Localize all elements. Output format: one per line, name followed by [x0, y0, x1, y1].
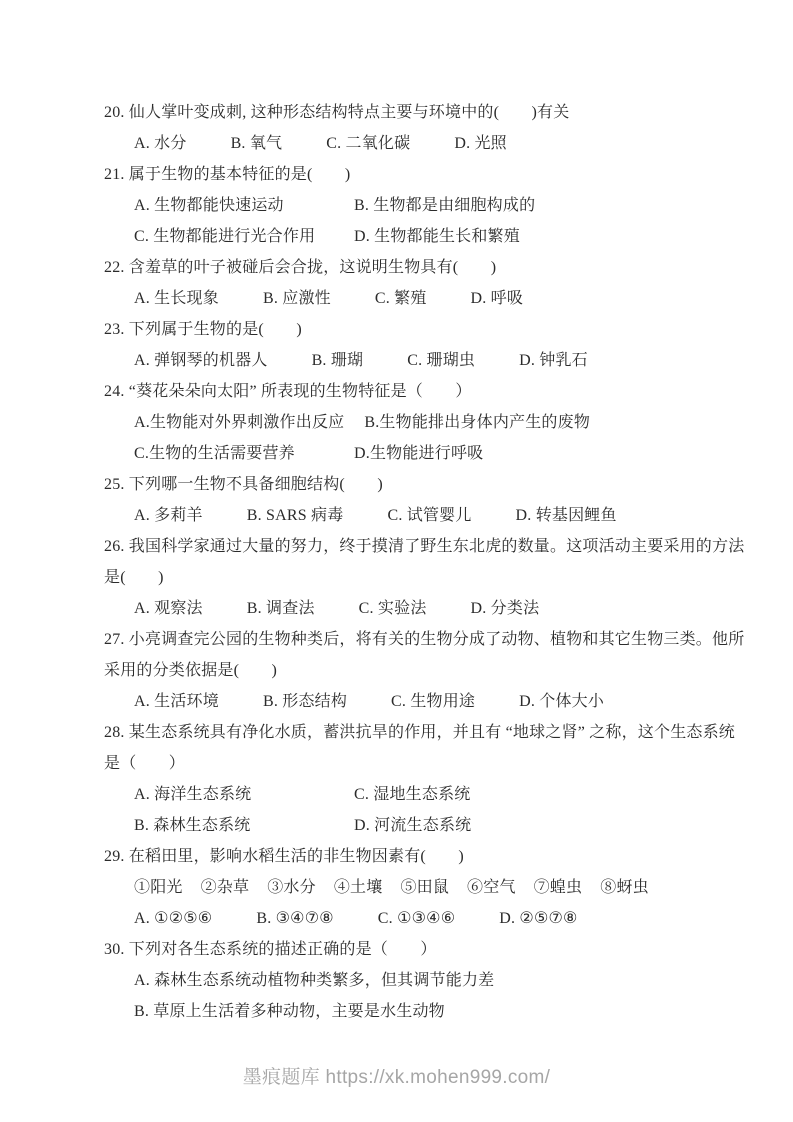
option-cell: D.生物能进行呼吸: [354, 438, 483, 469]
factor-item: ⑦蝗虫: [534, 872, 583, 903]
option-cell: B. ③④⑦⑧: [256, 903, 333, 934]
option-cell: A. ①②⑤⑥: [134, 903, 212, 934]
option-cell: D. 河流生态系统: [354, 810, 471, 841]
question-text: 20. 仙人掌叶变成刺, 这种形态结构特点主要与环境中的( )有关: [104, 97, 733, 128]
question-text: 26. 我国科学家通过大量的努力，终于摸清了野生东北虎的数量。这项活动主要采用的…: [104, 531, 733, 562]
question-block-26: 26. 我国科学家通过大量的努力，终于摸清了野生东北虎的数量。这项活动主要采用的…: [104, 531, 733, 624]
options-row: A. 海洋生态系统C. 湿地生态系统: [104, 779, 733, 810]
option-cell: C. 珊瑚虫: [407, 345, 475, 376]
question-text: 是( ): [104, 562, 733, 593]
question-text: 27. 小亮调查完公园的生物种类后，将有关的生物分成了动物、植物和其它生物三类。…: [104, 624, 733, 655]
question-block-27: 27. 小亮调查完公园的生物种类后，将有关的生物分成了动物、植物和其它生物三类。…: [104, 624, 733, 717]
option-cell: B. 森林生态系统: [134, 810, 334, 841]
footer-text: 墨痕题库 https://xk.mohen999.com/: [243, 1067, 551, 1088]
factor-item: ①阳光: [134, 872, 183, 903]
option-cell: B. 调查法: [247, 593, 315, 624]
options-row: B. 森林生态系统D. 河流生态系统: [104, 810, 733, 841]
question-text: 22. 含羞草的叶子被碰后会合拢，这说明生物具有( ): [104, 252, 733, 283]
question-block-20: 20. 仙人掌叶变成刺, 这种形态结构特点主要与环境中的( )有关A. 水分B.…: [104, 97, 733, 159]
option-cell: A. 观察法: [134, 593, 203, 624]
factors-row: ①阳光②杂草③水分④土壤⑤田鼠⑥空气⑦蝗虫⑧蚜虫: [104, 872, 733, 903]
option-cell: C. 生物用途: [391, 686, 475, 717]
option-cell: D. 个体大小: [519, 686, 604, 717]
question-text: 24. “葵花朵朵向太阳” 所表现的生物特征是（ ）: [104, 376, 733, 407]
options-row: A. 生物都能快速运动B. 生物都是由细胞构成的: [104, 190, 733, 221]
options-row: A. 生活环境B. 形态结构C. 生物用途D. 个体大小: [104, 686, 733, 717]
options-row: A. ①②⑤⑥B. ③④⑦⑧C. ①③④⑥D. ②⑤⑦⑧: [104, 903, 733, 934]
option-cell: D. ②⑤⑦⑧: [499, 903, 577, 934]
option-cell: D. 生物都能生长和繁殖: [354, 221, 520, 252]
option-cell: A. 海洋生态系统: [134, 779, 334, 810]
question-text: 28. 某生态系统具有净化水质，蓄洪抗旱的作用，并且有 “地球之肾” 之称，这个…: [104, 717, 733, 748]
option-cell: C. 湿地生态系统: [354, 779, 470, 810]
option-cell: B. 氧气: [231, 128, 283, 159]
option-cell: B. 应激性: [263, 283, 331, 314]
option-cell: B. 珊瑚: [312, 345, 364, 376]
option-cell: D. 光照: [454, 128, 507, 159]
question-text: 29. 在稻田里，影响水稻生活的非生物因素有( ): [104, 841, 733, 872]
question-text: 23. 下列属于生物的是( ): [104, 314, 733, 345]
factor-item: ④土壤: [334, 872, 383, 903]
question-block-28: 28. 某生态系统具有净化水质，蓄洪抗旱的作用，并且有 “地球之肾” 之称，这个…: [104, 717, 733, 841]
footer-watermark: 墨痕题库 https://xk.mohen999.com/: [0, 1062, 793, 1089]
option-cell: C. 实验法: [359, 593, 427, 624]
option-cell: B.生物能排出身体内产生的废物: [364, 407, 590, 438]
option-cell: C.生物的生活需要营养: [134, 438, 334, 469]
options-row: C. 生物都能进行光合作用D. 生物都能生长和繁殖: [104, 221, 733, 252]
option-cell: A. 生活环境: [134, 686, 219, 717]
option-cell: C. 试管婴儿: [387, 500, 471, 531]
options-row: A.生物能对外界刺激作出反应B.生物能排出身体内产生的废物: [104, 407, 733, 438]
options-row: A. 多莉羊B. SARS 病毒C. 试管婴儿D. 转基因鲤鱼: [104, 500, 733, 531]
factor-item: ②杂草: [201, 872, 250, 903]
question-text: 21. 属于生物的基本特征的是( ): [104, 159, 733, 190]
option-cell: C. 生物都能进行光合作用: [134, 221, 334, 252]
option-cell: B. 生物都是由细胞构成的: [354, 190, 535, 221]
question-block-22: 22. 含羞草的叶子被碰后会合拢，这说明生物具有( )A. 生长现象B. 应激性…: [104, 252, 733, 314]
exam-page: 20. 仙人掌叶变成刺, 这种形态结构特点主要与环境中的( )有关A. 水分B.…: [0, 0, 793, 1122]
option-cell: D. 转基因鲤鱼: [516, 500, 617, 531]
option-cell: C. 繁殖: [375, 283, 427, 314]
question-block-21: 21. 属于生物的基本特征的是( )A. 生物都能快速运动B. 生物都是由细胞构…: [104, 159, 733, 252]
options-row: A. 水分B. 氧气C. 二氧化碳D. 光照: [104, 128, 733, 159]
factor-item: ⑤田鼠: [400, 872, 449, 903]
option-cell: D. 分类法: [471, 593, 540, 624]
option-cell: A.生物能对外界刺激作出反应: [134, 407, 344, 438]
option-cell: A. 水分: [134, 128, 187, 159]
option-cell: A. 弹钢琴的机器人: [134, 345, 268, 376]
question-text: 30. 下列对各生态系统的描述正确的是（ ）: [104, 934, 733, 965]
options-row: B. 草原上生活着多种动物，主要是水生动物: [104, 996, 733, 1027]
options-row: A. 弹钢琴的机器人B. 珊瑚C. 珊瑚虫D. 钟乳石: [104, 345, 733, 376]
options-row: A. 生长现象B. 应激性C. 繁殖D. 呼吸: [104, 283, 733, 314]
factor-item: ⑥空气: [467, 872, 516, 903]
option-cell: A. 生长现象: [134, 283, 219, 314]
options-row: A. 森林生态系统动植物种类繁多，但其调节能力差: [104, 965, 733, 996]
options-row: A. 观察法B. 调查法C. 实验法D. 分类法: [104, 593, 733, 624]
option-cell: C. ①③④⑥: [378, 903, 455, 934]
question-block-30: 30. 下列对各生态系统的描述正确的是（ ）A. 森林生态系统动植物种类繁多，但…: [104, 934, 733, 1027]
factor-item: ⑧蚜虫: [600, 872, 649, 903]
option-cell: A. 森林生态系统动植物种类繁多，但其调节能力差: [134, 965, 494, 996]
option-cell: B. SARS 病毒: [247, 500, 344, 531]
option-cell: A. 生物都能快速运动: [134, 190, 334, 221]
option-cell: C. 二氧化碳: [326, 128, 410, 159]
question-text: 是（ ）: [104, 748, 733, 779]
question-text: 采用的分类依据是( ): [104, 655, 733, 686]
question-block-29: 29. 在稻田里，影响水稻生活的非生物因素有( )①阳光②杂草③水分④土壤⑤田鼠…: [104, 841, 733, 934]
option-cell: A. 多莉羊: [134, 500, 203, 531]
option-cell: B. 形态结构: [263, 686, 347, 717]
question-block-25: 25. 下列哪一生物不具备细胞结构( )A. 多莉羊B. SARS 病毒C. 试…: [104, 469, 733, 531]
options-row: C.生物的生活需要营养D.生物能进行呼吸: [104, 438, 733, 469]
factor-item: ③水分: [267, 872, 316, 903]
option-cell: D. 呼吸: [471, 283, 524, 314]
question-text: 25. 下列哪一生物不具备细胞结构( ): [104, 469, 733, 500]
question-block-23: 23. 下列属于生物的是( )A. 弹钢琴的机器人B. 珊瑚C. 珊瑚虫D. 钟…: [104, 314, 733, 376]
question-list: 20. 仙人掌叶变成刺, 这种形态结构特点主要与环境中的( )有关A. 水分B.…: [104, 97, 733, 1027]
option-cell: B. 草原上生活着多种动物，主要是水生动物: [134, 996, 445, 1027]
option-cell: D. 钟乳石: [519, 345, 588, 376]
question-block-24: 24. “葵花朵朵向太阳” 所表现的生物特征是（ ）A.生物能对外界刺激作出反应…: [104, 376, 733, 469]
